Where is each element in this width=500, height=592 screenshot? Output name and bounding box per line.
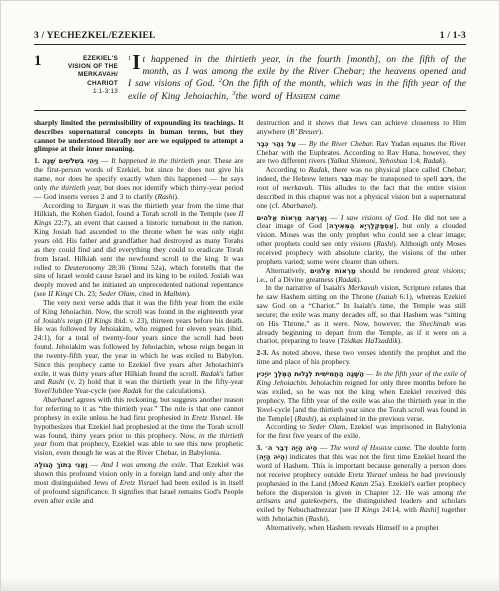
caption-line: VISION OF THE bbox=[42, 63, 119, 71]
text-segment: great visions; bbox=[424, 266, 466, 275]
text-segment: 2-3. bbox=[257, 348, 269, 357]
text-segment: sharply limited the permissibility of ex… bbox=[34, 118, 244, 154]
text-segment: Radak bbox=[123, 386, 142, 395]
text-segment: from that prophecy, Ezekiel was able to … bbox=[34, 439, 244, 457]
commentary-paragraph: The very next verse adds that it was the… bbox=[34, 299, 244, 396]
text-segment: I bbox=[132, 54, 140, 71]
text-segment: for the calculations). bbox=[142, 386, 206, 395]
text-segment: R’ Breuer bbox=[290, 127, 319, 136]
text-segment: — bbox=[317, 443, 330, 452]
text-segment: Yalkut Shimoni, Yehoshua bbox=[330, 156, 407, 165]
text-segment: /Jubilee Year-cycle (see bbox=[50, 386, 123, 395]
text-segment: 24:14, with bbox=[379, 505, 419, 514]
text-segment: Alternatively, bbox=[266, 266, 310, 275]
hebrew-phrase: אַסְפַּקְלַרְיָא הַמְּאִירָה bbox=[329, 222, 394, 230]
hebrew-phrase: מַרְאוֹת אֱלֹהִים bbox=[310, 267, 356, 275]
text-segment: — bbox=[296, 139, 309, 148]
text-segment: Alternatively, when Hashem reveals Himse… bbox=[266, 523, 439, 532]
commentary-paragraph: Alternatively, מַרְאוֹת אֱלֹהִים should … bbox=[257, 267, 467, 285]
text-segment: Targum bbox=[86, 201, 109, 210]
commentary-paragraph: Abarbanel agrees with this reckoning, bu… bbox=[34, 396, 244, 458]
translation-band: 1 EZEKIEL'S VISION OF THE MERKAVAH/ CHAR… bbox=[34, 54, 466, 103]
commentary-paragraph: destruction and it shows that Jews can a… bbox=[257, 119, 467, 137]
text-segment: i.e., of a Divine greatness ( bbox=[257, 275, 339, 284]
text-segment: Radak bbox=[338, 275, 357, 284]
text-segment: came. bbox=[392, 443, 412, 452]
commentary-paragraph: sharply limited the permissibility of ex… bbox=[34, 119, 244, 154]
text-segment: Isaiah bbox=[378, 292, 397, 301]
text-segment: Tzidkas HaTzaddik bbox=[340, 336, 398, 345]
commentary-left-column: sharply limited the permissibility of ex… bbox=[34, 119, 244, 533]
text-segment: Eretz Yisrael. bbox=[192, 413, 232, 422]
hebrew-phrase: וַאֲנִי בְתוֹךְ הַגּוֹלָה bbox=[34, 461, 88, 469]
text-segment: Rashi bbox=[376, 239, 393, 248]
text-segment: II Kings bbox=[354, 505, 379, 514]
translation-text: 1It happened in the thirtieth year, in t… bbox=[128, 54, 466, 103]
text-segment: cited in bbox=[137, 289, 164, 298]
text-segment: ). bbox=[313, 201, 317, 210]
text-segment: may be transposed to spell bbox=[352, 174, 440, 183]
text-segment: ), as explained in the previous verse. bbox=[314, 414, 424, 423]
text-segment: It happened in the thirtieth year. bbox=[111, 156, 211, 165]
text-segment: Yovel bbox=[34, 386, 50, 395]
text-segment: Rashi bbox=[297, 414, 314, 423]
commentary: sharply limited the permissibility of ex… bbox=[34, 119, 466, 533]
hebrew-phrase: וַיְהִי בִּשְׁלֹשִׁים שָׁנָה bbox=[42, 157, 98, 165]
text-segment: — bbox=[98, 156, 111, 165]
text-segment: (v. 2) hold that it was the thirtieth ye… bbox=[65, 377, 244, 386]
commentary-paragraph: עַל נְהַר כְּבָר — By the River Chebar. … bbox=[257, 140, 467, 167]
text-segment: ). bbox=[187, 289, 191, 298]
hebrew-phrase: הָיֹה הָיָה bbox=[259, 453, 285, 461]
text-segment: Rashi bbox=[158, 192, 175, 201]
caption-line: CHARIOT bbox=[42, 80, 119, 88]
commentary-divider-rule bbox=[34, 110, 466, 111]
text-segment: Radak bbox=[423, 156, 442, 165]
text-segment: Radak's bbox=[200, 369, 224, 378]
text-segment: According to bbox=[43, 201, 86, 210]
commentary-paragraph: וַאֲנִי בְתוֹךְ הַגּוֹלָה — And I was am… bbox=[34, 461, 244, 505]
hebrew-phrase: רכב bbox=[440, 175, 452, 183]
text-segment: Merkavah bbox=[348, 283, 378, 292]
commentary-paragraph: הַשָּׁנָה הַחֲמִישִׁית לְגָלוּת הַמֶּלֶך… bbox=[257, 370, 467, 423]
text-segment: II Kings bbox=[48, 289, 72, 298]
text-segment: Hashem bbox=[370, 443, 392, 452]
text-segment: Radak, bbox=[309, 165, 330, 174]
caption-reference: 1:1-3:13 bbox=[42, 88, 119, 96]
commentary-paragraph: 3. הָיֹה הָיָה דְבַר ה׳ — The word of Ha… bbox=[257, 444, 467, 524]
commentary-paragraph: 1. וַיְהִי בִּשְׁלֹשִׁים שָׁנָה — It hap… bbox=[34, 157, 244, 201]
text-segment: ). bbox=[442, 156, 446, 165]
hebrew-phrase: הַשָּׁנָה הַחֲמִישִׁית לְגָלוּת הַמֶּלֶך… bbox=[257, 370, 364, 378]
commentary-paragraph: According to Radak, there was no physica… bbox=[257, 166, 467, 210]
text-segment: By the River Chebar. bbox=[309, 139, 374, 148]
text-segment: In the narrative of Isaiah's bbox=[266, 283, 348, 292]
text-segment: visions bbox=[350, 239, 371, 248]
text-segment: — bbox=[327, 213, 341, 222]
section-caption: EZEKIEL'S VISION OF THE MERKAVAH/ CHARIO… bbox=[42, 54, 119, 103]
text-segment: Rashi bbox=[419, 505, 436, 514]
text-segment: Rashi bbox=[308, 514, 325, 523]
text-segment: According to bbox=[266, 422, 309, 431]
text-segment: Eretz Yisrael bbox=[120, 478, 159, 487]
text-segment: Abarbanel bbox=[43, 395, 74, 404]
text-segment: — bbox=[88, 460, 101, 469]
hebrew-phrase: עַל נְהַר כְּבָר bbox=[257, 140, 296, 148]
hebrew-phrase: כבר bbox=[340, 175, 352, 183]
text-segment: ). bbox=[174, 192, 178, 201]
text-segment: Moed Katan bbox=[331, 479, 368, 488]
commentary-paragraph: וָאֶרְאֶה מַרְאוֹת אֱלֹהִים — I saw visi… bbox=[257, 214, 467, 267]
text-segment: The word of bbox=[330, 443, 370, 452]
text-segment: the word of bbox=[236, 91, 286, 102]
text-segment: ). bbox=[325, 514, 329, 523]
text-segment: Deuteronomy bbox=[64, 263, 104, 272]
section-sidebar: 1 EZEKIEL'S VISION OF THE MERKAVAH/ CHAR… bbox=[34, 54, 118, 103]
text-segment: Yovel bbox=[257, 405, 273, 414]
commentary-paragraph: According to Targum it was the thirtieth… bbox=[34, 202, 244, 299]
text-segment: According to bbox=[266, 165, 309, 174]
book-page: 3 / YECHEZKEL/EZEKIEL 1 / 1-3 1 EZEKIEL'… bbox=[0, 0, 500, 592]
page-bottom-shadow bbox=[1, 577, 499, 591]
caption-line: MERKAVAH/ bbox=[42, 71, 119, 79]
text-segment: Abarbanel bbox=[282, 201, 313, 210]
text-segment: destruction and it shows that Jews can a… bbox=[257, 118, 467, 136]
running-head-right: 1 / 1-3 bbox=[440, 31, 466, 41]
commentary-paragraph: In the narrative of Isaiah's Merkavah vi… bbox=[257, 284, 467, 346]
hebrew-phrase: הָיֹה הָיָה דְבַר ה׳ bbox=[265, 444, 317, 452]
text-segment: 1 bbox=[128, 55, 131, 63]
text-segment: Seder Olam, bbox=[309, 422, 347, 431]
hebrew-phrase: וָאֶרְאֶה מַרְאוֹת אֱלֹהִים bbox=[257, 214, 327, 222]
text-segment: I saw visions of God. bbox=[341, 213, 409, 222]
text-segment: 3. bbox=[257, 443, 265, 452]
text-segment: Shechinah bbox=[419, 319, 450, 328]
header-rule bbox=[34, 44, 466, 45]
text-segment: Yoma bbox=[131, 263, 147, 272]
text-segment: 28:36 ( bbox=[105, 263, 132, 272]
commentary-right-column: destruction and it shows that Jews can a… bbox=[257, 119, 467, 533]
running-head: 3 / YECHEZKEL/EZEKIEL 1 / 1-3 bbox=[34, 31, 466, 41]
text-segment: — bbox=[364, 369, 376, 378]
text-segment: should be rendered bbox=[356, 266, 424, 275]
text-segment: Hashem bbox=[286, 91, 316, 102]
text-segment: ). bbox=[398, 336, 402, 345]
text-segment: II Kings bbox=[87, 316, 111, 325]
text-segment: came bbox=[316, 91, 340, 102]
running-head-left: 3 / YECHEZKEL/EZEKIEL bbox=[34, 31, 156, 41]
text-segment: Eretz Yisrael bbox=[348, 470, 387, 479]
caption-line: EZEKIEL'S bbox=[42, 55, 119, 63]
commentary-paragraph: Alternatively, when Hashem reveals Himse… bbox=[257, 524, 467, 533]
text-segment: the thirtieth year, bbox=[50, 183, 102, 192]
text-segment: merkavah. bbox=[283, 183, 314, 192]
text-segment: ). bbox=[319, 127, 323, 136]
text-segment: And I was among the exile. bbox=[101, 460, 187, 469]
commentary-paragraph: 2-3. As noted above, these two verses id… bbox=[257, 349, 467, 367]
text-segment: 1:4; bbox=[407, 156, 423, 165]
chapter-number: 1 bbox=[34, 54, 42, 103]
text-segment: ). bbox=[357, 275, 361, 284]
commentary-paragraph: According to Seder Olam, Ezekiel was imp… bbox=[257, 423, 467, 441]
text-segment: Ch. 23; bbox=[73, 289, 100, 298]
text-segment: As noted above, these two verses identif… bbox=[257, 348, 467, 366]
text-segment: Rashi bbox=[48, 377, 65, 386]
text-segment: Malbim bbox=[163, 289, 186, 298]
text-segment: Seder Olam, bbox=[99, 289, 136, 298]
